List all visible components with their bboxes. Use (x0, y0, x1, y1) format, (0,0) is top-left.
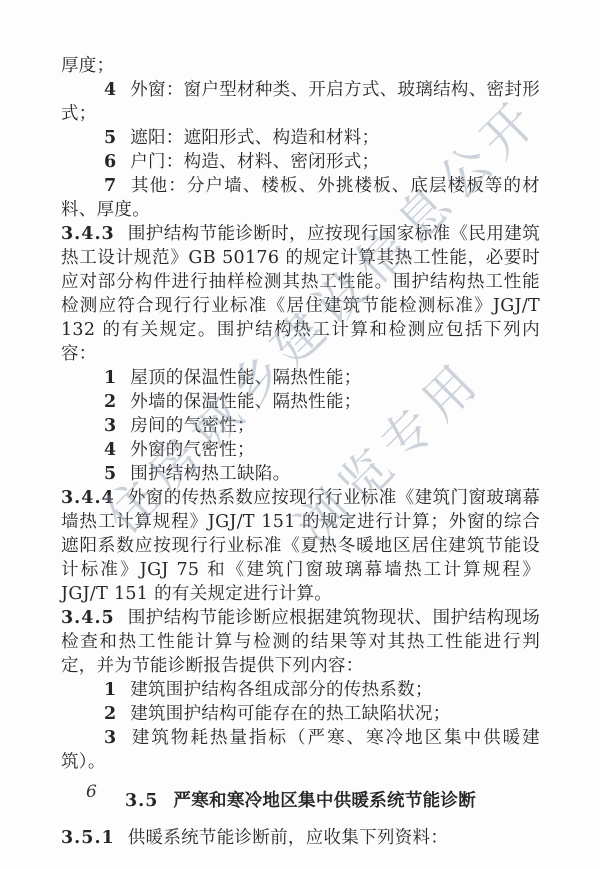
list-item-report-1: 1建筑围护结构各组成部分的传热系数； (61, 678, 540, 702)
item-number: 2 (104, 392, 130, 412)
item-number: 2 (104, 704, 130, 724)
item-number: 1 (104, 680, 130, 700)
item-text: 房间的气密性； (130, 416, 255, 436)
item-text: 外窗的气密性； (130, 440, 255, 460)
item-number: 3 (104, 416, 130, 436)
list-item-check-2: 2外墙的保温性能、隔热性能； (61, 390, 540, 414)
clause-3-4-5: 3.4.5围护结构节能诊断应根据建筑物现状、围护结构现场检查和热工性能计算与检测… (61, 606, 540, 678)
item-number: 5 (104, 464, 130, 484)
item-text: 建筑围护结构各组成部分的传热系数； (130, 680, 433, 700)
list-item-check-4: 4外窗的气密性； (61, 438, 540, 462)
list-item-survey-5: 5遮阳：遮阳形式、构造和材料； (61, 126, 540, 150)
list-item-report-2: 2建筑围护结构可能存在的热工缺陷状况； (61, 702, 540, 726)
item-text: 建筑物耗热量指标（严寒、寒冷地区集中供暖建筑）。 (61, 728, 540, 772)
list-item-survey-4: 4外窗：窗户型材种类、开启方式、玻璃结构、密封形式； (61, 78, 540, 126)
item-number: 1 (104, 368, 130, 388)
item-text: 遮阳：遮阳形式、构造和材料； (130, 128, 379, 148)
item-number: 5 (104, 128, 130, 148)
item-text: 屋顶的保温性能、隔热性能； (130, 368, 361, 388)
item-number: 6 (104, 152, 130, 172)
clause-3-5-1: 3.5.1供暖系统节能诊断前，应收集下列资料： (61, 826, 540, 850)
paragraph-continuation-thickness: 厚度； (61, 54, 540, 78)
list-item-check-5: 5围护结构热工缺陷。 (61, 462, 540, 486)
section-number: 3.5 (125, 791, 173, 811)
clause-number: 3.5.1 (61, 828, 128, 848)
list-item-check-3: 3房间的气密性； (61, 414, 540, 438)
list-item-report-3: 3建筑物耗热量指标（严寒、寒冷地区集中供暖建筑）。 (61, 726, 540, 774)
item-text: 其他：分户墙、楼板、外挑楼板、底层楼板等的材料、厚度。 (61, 176, 540, 220)
clause-number: 3.4.3 (61, 224, 128, 244)
clause-3-4-3: 3.4.3围护结构节能诊断时，应按现行国家标准《民用建筑热工设计规范》GB 50… (61, 222, 540, 366)
clause-number: 3.4.4 (61, 488, 128, 508)
section-heading-3-5: 3.5严寒和寒冷地区集中供暖系统节能诊断 (61, 789, 540, 813)
item-number: 4 (104, 80, 130, 100)
page-number: 6 (86, 782, 97, 802)
page-content: 厚度； 4外窗：窗户型材种类、开启方式、玻璃结构、密封形式； 5遮阳：遮阳形式、… (61, 54, 540, 850)
item-number: 4 (104, 440, 130, 460)
clause-text: 供暖系统节能诊断前，应收集下列资料： (128, 828, 448, 848)
item-text: 建筑围护结构可能存在的热工缺陷状况； (130, 704, 450, 724)
item-number: 3 (104, 728, 130, 748)
item-number: 7 (104, 176, 130, 196)
item-text: 外墙的保温性能、隔热性能； (130, 392, 361, 412)
clause-text: 围护结构节能诊断应根据建筑物现状、围护结构现场检查和热工性能计算与检测的结果等对… (61, 608, 540, 676)
item-text: 户门：构造、材料、密闭形式； (130, 152, 379, 172)
document-page: 住房城乡建设信息公开 浏览专用 厚度； 4外窗：窗户型材种类、开启方式、玻璃结构… (0, 0, 600, 869)
section-title: 严寒和寒冷地区集中供暖系统节能诊断 (173, 791, 476, 811)
list-item-survey-7: 7其他：分户墙、楼板、外挑楼板、底层楼板等的材料、厚度。 (61, 174, 540, 222)
clause-text: 围护结构节能诊断时，应按现行国家标准《民用建筑热工设计规范》GB 50176 的… (61, 224, 540, 364)
list-item-survey-6: 6户门：构造、材料、密闭形式； (61, 150, 540, 174)
clause-number: 3.4.5 (61, 608, 128, 628)
item-text: 外窗：窗户型材种类、开启方式、玻璃结构、密封形式； (61, 80, 540, 124)
clause-text: 外窗的传热系数应按现行行业标准《建筑门窗玻璃幕墙热工计算规程》JGJ/T 151… (61, 488, 540, 604)
list-item-check-1: 1屋顶的保温性能、隔热性能； (61, 366, 540, 390)
item-text: 围护结构热工缺陷。 (130, 464, 290, 484)
clause-3-4-4: 3.4.4外窗的传热系数应按现行行业标准《建筑门窗玻璃幕墙热工计算规程》JGJ/… (61, 486, 540, 606)
